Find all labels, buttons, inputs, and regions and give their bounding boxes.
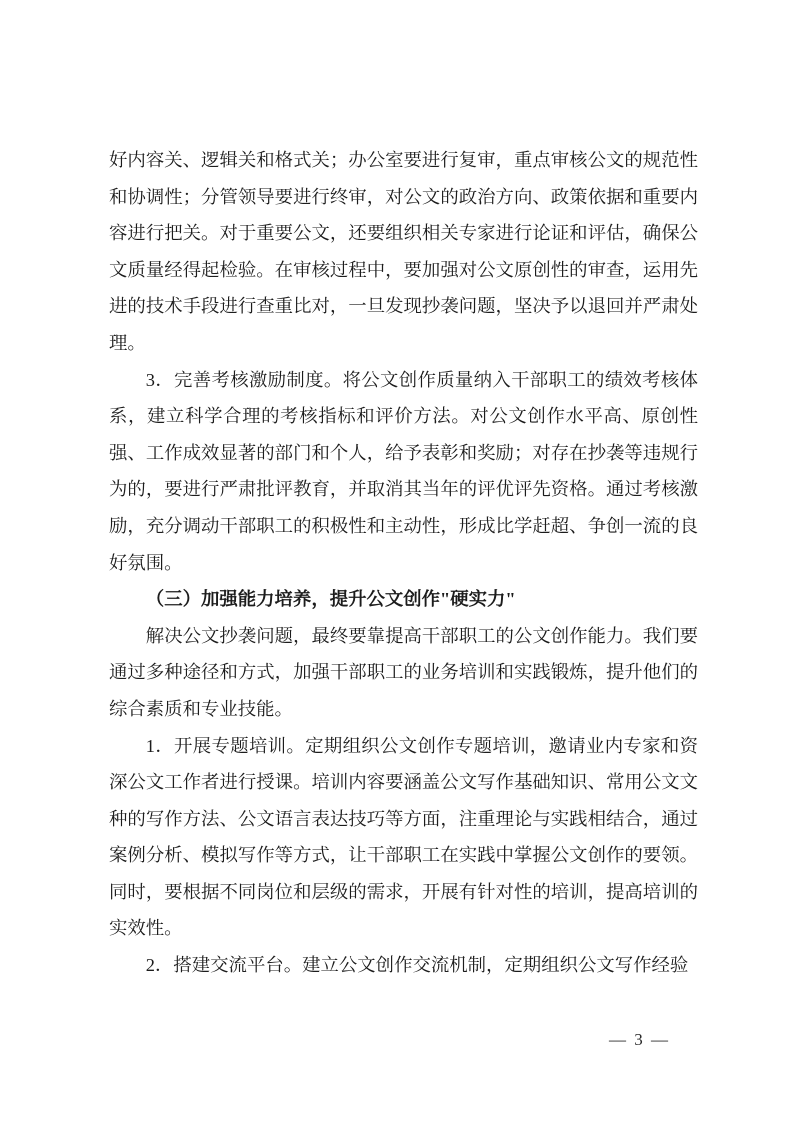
section-heading-capability-building: （三）加强能力培养，提升公文创作"硬实力" xyxy=(109,581,698,618)
paragraph-capability-intro: 解决公文抄袭问题，最终要靠提高干部职工的公文创作能力。我们要通过多种途径和方式，… xyxy=(109,618,698,728)
paragraph-exchange-platform: 2．搭建交流平台。建立公文创作交流机制，定期组织公文写作经验 xyxy=(109,947,698,984)
page-number: — 3 — xyxy=(609,1028,670,1052)
document-page: 好内容关、逻辑关和格式关；办公室要进行复审，重点审核公文的规范性和协调性；分管领… xyxy=(0,0,793,1122)
paragraph-special-training: 1．开展专题培训。定期组织公文创作专题培训，邀请业内专家和资深公文工作者进行授课… xyxy=(109,728,698,948)
paragraph-assessment-incentive: 3．完善考核激励制度。将公文创作质量纳入干部职工的绩效考核体系，建立科学合理的考… xyxy=(109,362,698,582)
document-body: 好内容关、逻辑关和格式关；办公室要进行复审，重点审核公文的规范性和协调性；分管领… xyxy=(109,142,698,984)
paragraph-review-process-continued: 好内容关、逻辑关和格式关；办公室要进行复审，重点审核公文的规范性和协调性；分管领… xyxy=(109,142,698,362)
